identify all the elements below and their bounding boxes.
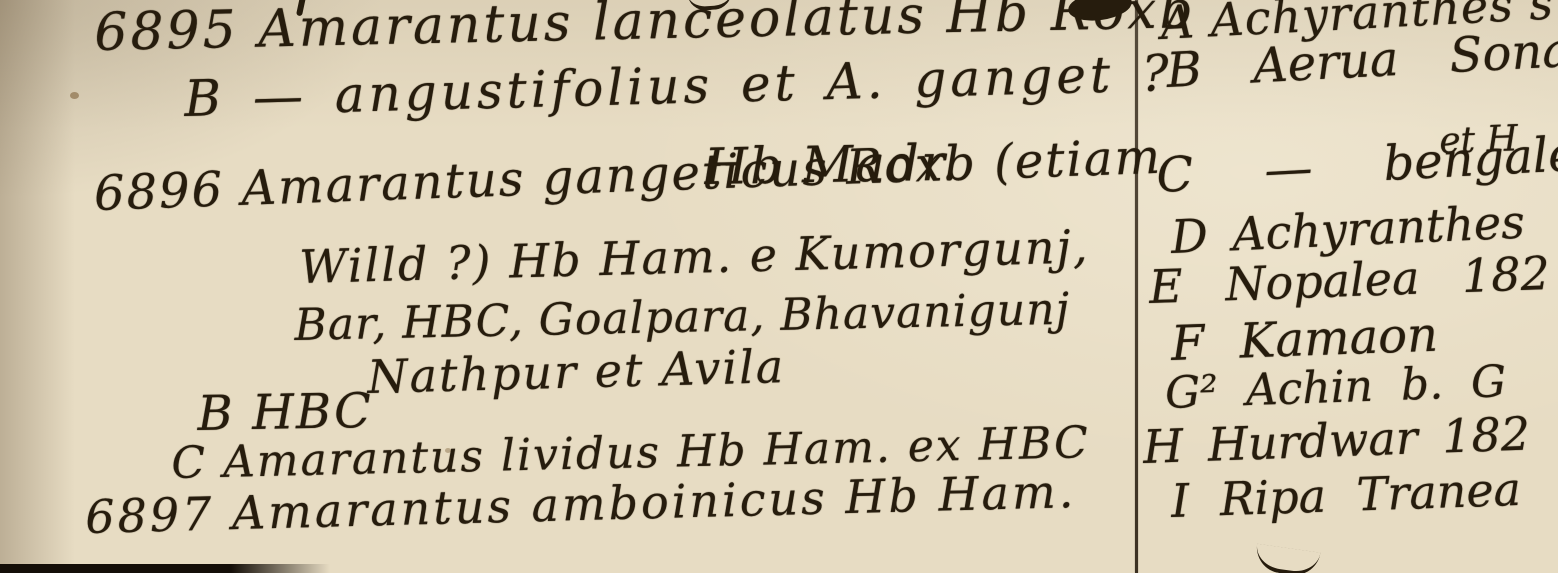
entry-6896-note-line-3: Nathpur et Avila: [367, 341, 786, 403]
entry-6896-variant-b-line: B HBC: [197, 385, 373, 441]
right-entry-c-line: C — bengalen: [1155, 126, 1558, 202]
paper-speck: [445, 448, 451, 453]
manuscript-page: 6895 Amarantus lanceolatus Hb Roxb B — a…: [0, 0, 1558, 573]
right-entry-e-line: E Nopalea 182: [1148, 248, 1550, 313]
scan-edge-shadow-bottom-left: [0, 564, 330, 573]
entry-6896-note-line-2: Bar, HBC, Goalpara, Bhavanigunj: [294, 286, 1071, 351]
entry-6896-note-line-1: Willd ?) Hb Ham. e Kumorgunj,: [299, 221, 1090, 292]
entry-6895-variant-b-line: B — angustifolius et A. ganget ?: [184, 46, 1174, 127]
right-entry-i-line: I Ripa Tranea: [1170, 464, 1522, 527]
entry-6896-line: 6896 Amarantus gangeticus Roxb (etiam: [93, 131, 1163, 221]
paper-speck: [70, 92, 79, 99]
cutoff-stroke-bottom-right: [1254, 544, 1321, 573]
